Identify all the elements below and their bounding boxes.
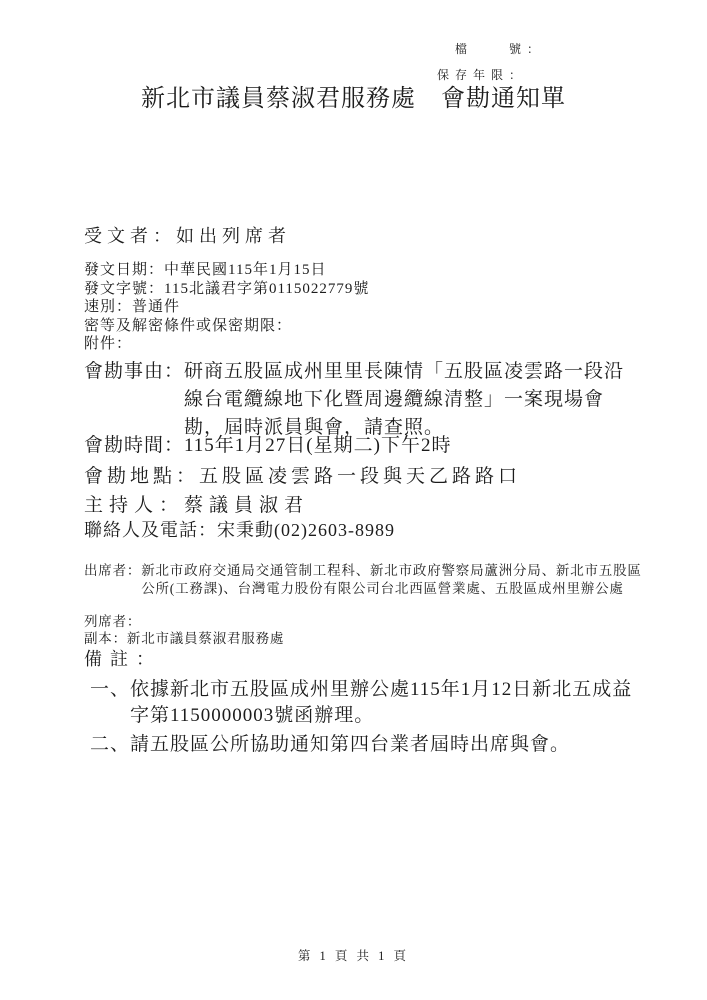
inspection-subject-row: 會勘事由： 研商五股區成州里里長陳情「五股區凌雲路一段沿線台電纜線地下化暨周邊纜… bbox=[84, 358, 634, 442]
attendees-label: 出席者： bbox=[84, 562, 141, 597]
inspection-time-row: 會勘時間： 115年1月27日(星期二)下午2時 bbox=[84, 432, 634, 460]
inspection-location-label: 會勘地點： bbox=[84, 463, 199, 491]
contact-value: 宋秉動(02)2603-8989 bbox=[217, 516, 634, 544]
doc-number-line: 發文字號：115北議君字第0115022779號 bbox=[84, 280, 369, 299]
observers-label: 列席者： bbox=[84, 613, 141, 631]
attachment-line: 附件： bbox=[84, 335, 369, 354]
inspection-location-value: 五股區凌雲路一段與天乙路路口 bbox=[199, 463, 634, 491]
copy-to-value: 新北市議員蔡淑君服務處 bbox=[127, 630, 644, 648]
security-line: 密等及解密條件或保密期限： bbox=[84, 317, 369, 336]
observers-row: 列席者： bbox=[84, 613, 644, 631]
inspection-subject-label: 會勘事由： bbox=[84, 358, 184, 442]
remarks-label: 備註： bbox=[84, 645, 162, 673]
retention-period-label: 保存年限： bbox=[437, 66, 527, 83]
copy-to-row: 副本： 新北市議員蔡淑君服務處 bbox=[84, 630, 644, 648]
issue-date-value: 中華民國115年1月15日 bbox=[164, 262, 326, 278]
attendees-value: 新北市政府交通局交通管制工程科、新北市政府警察局蘆洲分局、新北市五股區公所(工務… bbox=[141, 562, 644, 597]
recipient-label: 受文者： bbox=[84, 226, 176, 246]
security-label: 密等及解密條件或保密期限： bbox=[84, 318, 292, 334]
observers-value bbox=[141, 613, 644, 631]
speed-label: 速別： bbox=[84, 299, 132, 315]
inspection-time-value: 115年1月27日(星期二)下午2時 bbox=[184, 432, 634, 460]
remark-1-number: 一、 bbox=[90, 677, 130, 729]
recipient-value: 如出列席者 bbox=[176, 226, 291, 246]
document-title: 新北市議員蔡淑君服務處 會勘通知單 bbox=[0, 84, 707, 114]
doc-number-label: 發文字號： bbox=[84, 281, 164, 297]
doc-number-value: 115北議君字第0115022779號 bbox=[164, 281, 369, 297]
speed-value: 普通件 bbox=[132, 299, 180, 315]
inspection-location-row: 會勘地點： 五股區凌雲路一段與天乙路路口 bbox=[84, 463, 634, 491]
file-number-label: 檔 號： bbox=[455, 40, 545, 57]
remark-item-2: 二、 請五股區公所協助通知第四台業者屆時出席與會。 bbox=[90, 732, 638, 758]
remarks-list: 一、 依據新北市五股區成州里辦公處115年1月12日新北五成益字第1150000… bbox=[90, 677, 638, 758]
inspection-time-label: 會勘時間： bbox=[84, 432, 184, 460]
page-number-footer: 第 1 頁 共 1 頁 bbox=[0, 946, 707, 964]
issue-date-line: 發文日期：中華民國115年1月15日 bbox=[84, 261, 369, 280]
attachment-label: 附件： bbox=[84, 336, 132, 352]
inspection-subject-value: 研商五股區成州里里長陳情「五股區凌雲路一段沿線台電纜線地下化暨周邊纜線清整」一案… bbox=[184, 358, 634, 442]
document-meta: 發文日期：中華民國115年1月15日 發文字號：115北議君字第01150227… bbox=[84, 261, 369, 354]
document-page: 檔 號： 保存年限： 新北市議員蔡淑君服務處 會勘通知單 受文者：如出列席者 發… bbox=[0, 0, 707, 1000]
remark-item-1: 一、 依據新北市五股區成州里辦公處115年1月12日新北五成益字第1150000… bbox=[90, 677, 638, 729]
remark-1-text: 依據新北市五股區成州里辦公處115年1月12日新北五成益字第1150000003… bbox=[130, 677, 638, 729]
attendees-row: 出席者： 新北市政府交通局交通管制工程科、新北市政府警察局蘆洲分局、新北市五股區… bbox=[84, 562, 644, 597]
speed-line: 速別：普通件 bbox=[84, 298, 369, 317]
remark-2-number: 二、 bbox=[90, 732, 130, 758]
contact-row: 聯絡人及電話： 宋秉動(02)2603-8989 bbox=[84, 516, 634, 544]
remark-2-text: 請五股區公所協助通知第四台業者屆時出席與會。 bbox=[130, 732, 638, 758]
contact-label: 聯絡人及電話： bbox=[84, 516, 217, 544]
recipient-line: 受文者：如出列席者 bbox=[84, 222, 291, 250]
issue-date-label: 發文日期： bbox=[84, 262, 164, 278]
